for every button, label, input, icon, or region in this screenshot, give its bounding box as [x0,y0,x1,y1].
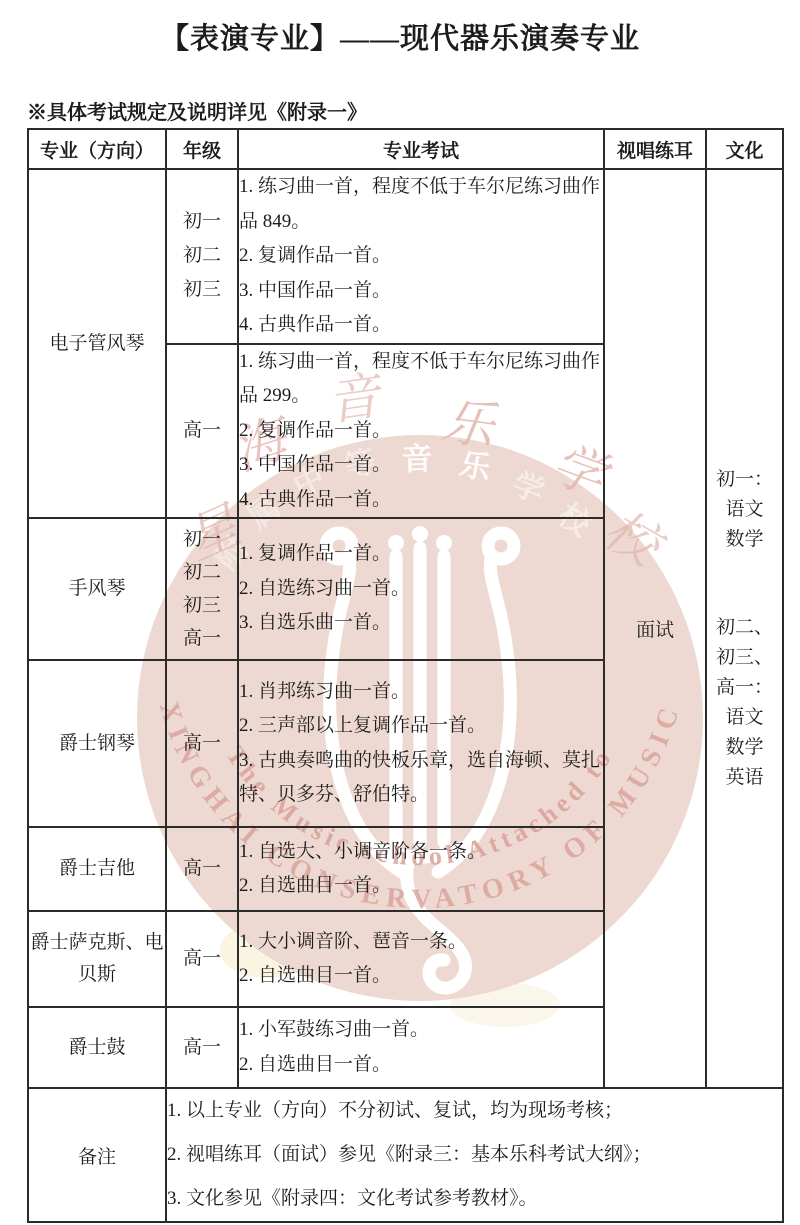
remark-label: 备注 [28,1088,166,1222]
exam-item: 4. 古典作品一首。 [239,483,603,518]
exam-cell: 1. 复调作品一首。 2. 自选练习曲一首。 3. 自选乐曲一首。 [238,518,604,660]
exam-cell: 1. 自选大、小调音阶各一条。 2. 自选曲目一首。 [238,827,604,911]
remark-item: 3. 文化参见《附录四：文化考试参考教材》。 [167,1177,782,1221]
header-exam: 专业考试 [238,129,604,169]
header-row: 专业（方向） 年级 专业考试 视唱练耳 文化 [28,129,783,169]
grade-line: 初一 [167,205,237,239]
grade-line: 初三 [167,589,237,622]
exam-item: 2. 三声部以上复调作品一首。 [239,709,603,744]
exam-item: 3. 自选乐曲一首。 [239,606,603,641]
grade-line: 初一 [167,523,237,556]
major-cell: 爵士萨克斯、电贝斯 [28,911,166,1007]
solfeggio-cell: 面试 [604,169,706,1088]
document-page: 附 属 中 等 音 乐 学 校 星 海 音 乐 学 校 The Music sc… [0,0,800,1225]
remark-content: 1. 以上专业（方向）不分初试、复试，均为现场考核； 2. 视唱练耳（面试）参见… [166,1088,783,1222]
header-solfeggio: 视唱练耳 [604,129,706,169]
culture-line: 语文 [707,703,782,733]
exam-item: 1. 肖邦练习曲一首。 [239,675,603,710]
header-grade: 年级 [166,129,238,169]
header-culture: 文化 [706,129,783,169]
culture-line: 初二、 [707,613,782,643]
grade-cell: 高一 [166,344,238,519]
culture-line: 初一： [707,465,782,495]
exam-cell: 1. 小军鼓练习曲一首。 2. 自选曲目一首。 [238,1007,604,1088]
grade-line: 高一 [167,942,237,976]
exam-item: 2. 自选曲目一首。 [239,869,603,904]
culture-line: 语文 [707,495,782,525]
exam-cell: 1. 肖邦练习曲一首。 2. 三声部以上复调作品一首。 3. 古典奏鸣曲的快板乐… [238,660,604,827]
culture-line: 英语 [707,763,782,793]
exam-item: 2. 自选曲目一首。 [239,1048,603,1083]
major-cell: 手风琴 [28,518,166,660]
exam-item: 1. 练习曲一首，程度不低于车尔尼练习曲作品 849。 [239,170,603,239]
grade-line: 高一 [167,1031,237,1065]
major-cell: 爵士吉他 [28,827,166,911]
exam-item: 2. 自选练习曲一首。 [239,572,603,607]
exam-item: 1. 大小调音阶、琶音一条。 [239,925,603,960]
major-cell: 爵士钢琴 [28,660,166,827]
grade-line: 初二 [167,239,237,273]
grade-line: 高一 [167,622,237,655]
grade-line: 高一 [167,852,237,886]
exam-item: 3. 中国作品一首。 [239,274,603,309]
grade-cell: 高一 [166,911,238,1007]
remark-item: 2. 视唱练耳（面试）参见《附录三：基本乐科考试大纲》； [167,1133,782,1177]
exam-cell: 1. 练习曲一首，程度不低于车尔尼练习曲作品 849。 2. 复调作品一首。 3… [238,169,604,344]
remark-row: 备注 1. 以上专业（方向）不分初试、复试，均为现场考核； 2. 视唱练耳（面试… [28,1088,783,1222]
major-cell: 电子管风琴 [28,169,166,518]
page-title: 【表演专业】——现代器乐演奏专业 [0,16,800,57]
grade-line: 高一 [167,414,237,448]
grade-cell: 初一 初二 初三 高一 [166,518,238,660]
culture-line: 高一： [707,673,782,703]
exam-item: 1. 复调作品一首。 [239,537,603,572]
exam-table: 专业（方向） 年级 专业考试 视唱练耳 文化 电子管风琴 初一 初二 初三 1.… [27,128,784,1223]
culture-line: 初三、 [707,643,782,673]
exam-item: 3. 古典奏鸣曲的快板乐章，选自海顿、莫扎特、贝多芬、舒伯特。 [239,744,603,813]
major-cell: 爵士鼓 [28,1007,166,1088]
grade-line: 初二 [167,556,237,589]
exam-item: 1. 练习曲一首，程度不低于车尔尼练习曲作品 299。 [239,345,603,414]
exam-item: 1. 小军鼓练习曲一首。 [239,1013,603,1048]
grade-cell: 高一 [166,827,238,911]
grade-cell: 高一 [166,1007,238,1088]
grade-cell: 初一 初二 初三 [166,169,238,344]
culture-line: 数学 [707,733,782,763]
grade-cell: 高一 [166,660,238,827]
grade-line: 高一 [167,727,237,761]
header-major: 专业（方向） [28,129,166,169]
note-text: ※具体考试规定及说明详见《附录一》 [27,96,367,125]
exam-item: 2. 自选曲目一首。 [239,959,603,994]
exam-item: 2. 复调作品一首。 [239,239,603,274]
exam-item: 2. 复调作品一首。 [239,414,603,449]
exam-item: 1. 自选大、小调音阶各一条。 [239,835,603,870]
table-row: 电子管风琴 初一 初二 初三 1. 练习曲一首，程度不低于车尔尼练习曲作品 84… [28,169,783,344]
grade-line: 初三 [167,273,237,307]
exam-cell: 1. 练习曲一首，程度不低于车尔尼练习曲作品 299。 2. 复调作品一首。 3… [238,344,604,519]
exam-cell: 1. 大小调音阶、琶音一条。 2. 自选曲目一首。 [238,911,604,1007]
culture-gap [707,555,782,613]
exam-item: 4. 古典作品一首。 [239,308,603,343]
culture-line: 数学 [707,525,782,555]
culture-cell: 初一： 语文 数学 初二、 初三、 高一： 语文 数学 英语 [706,169,783,1088]
remark-item: 1. 以上专业（方向）不分初试、复试，均为现场考核； [167,1089,782,1133]
exam-item: 3. 中国作品一首。 [239,448,603,483]
